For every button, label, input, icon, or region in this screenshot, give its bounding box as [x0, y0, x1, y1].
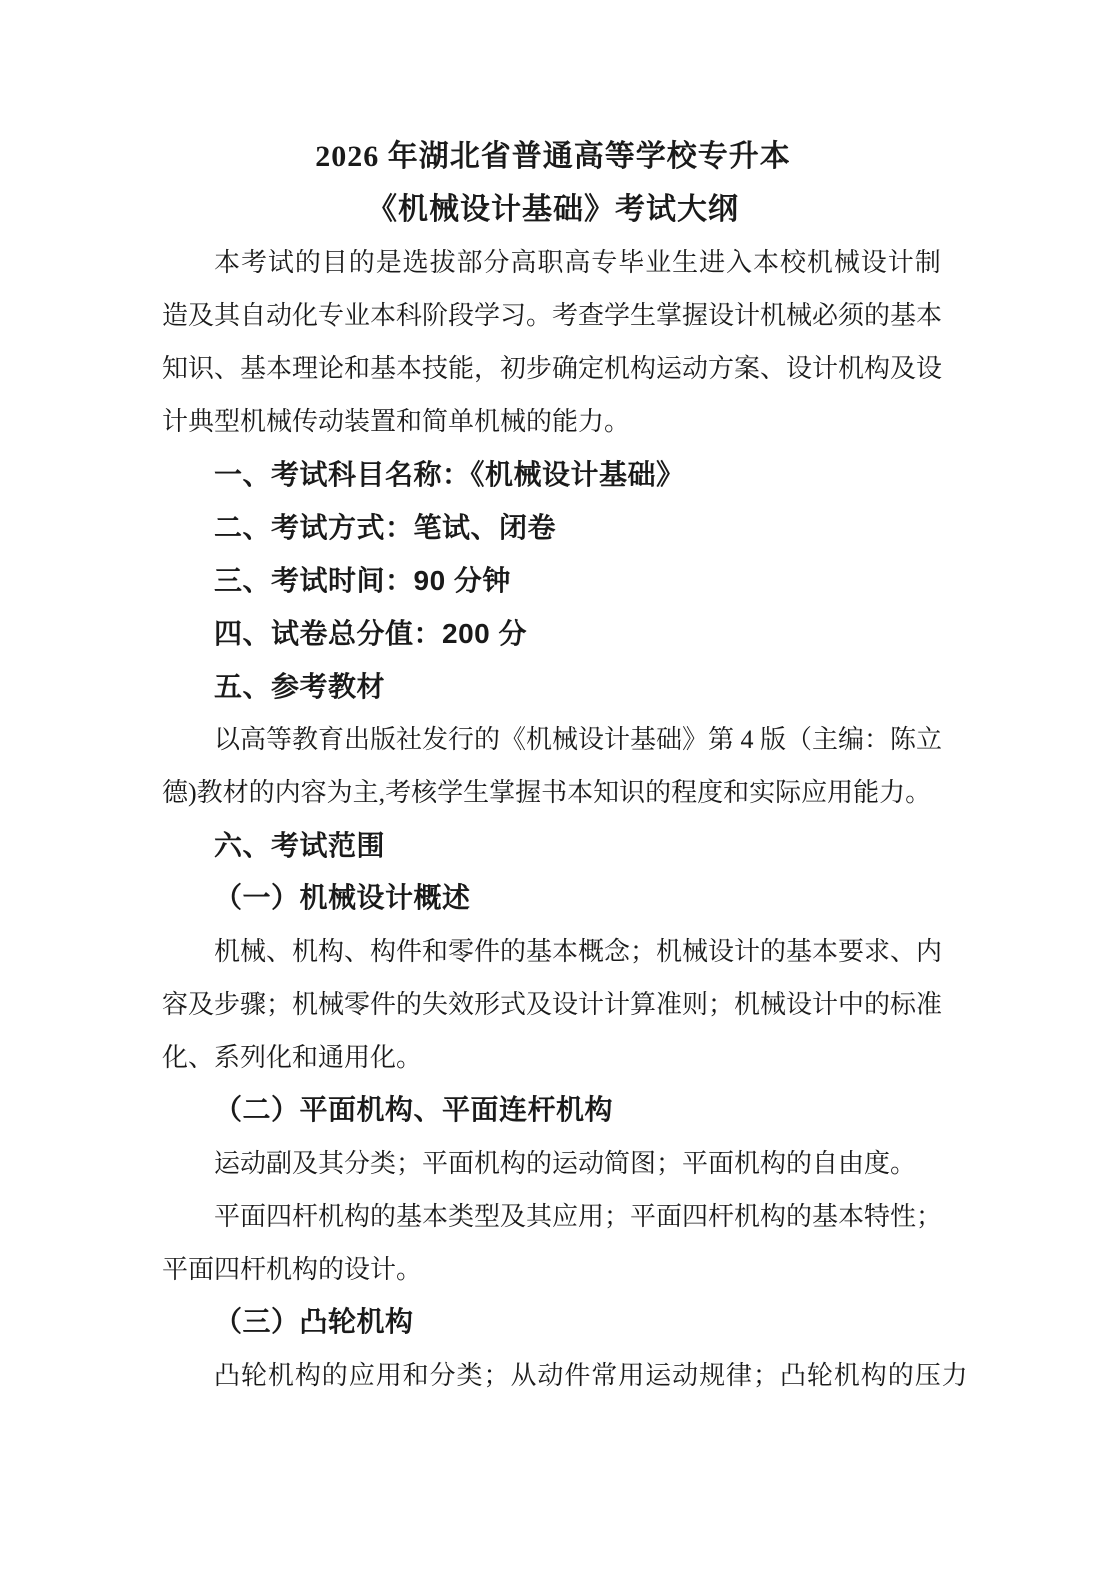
list-item-reference-book: 五、参考教材 — [162, 660, 944, 713]
intro-paragraph-line: 造及其自动化专业本科阶段学习。考查学生掌握设计机械必须的基本 — [162, 289, 944, 342]
list-item-subject-name: 一、考试科目名称：《机械设计基础》 — [162, 448, 944, 501]
reference-paragraph-line: 德)教材的内容为主,考核学生掌握书本知识的程度和实际应用能力。 — [162, 766, 944, 819]
section-1-body-line: 机械、机构、构件和零件的基本概念；机械设计的基本要求、内 — [162, 925, 944, 978]
page-title-line-1: 2026 年湖北省普通高等学校专升本 — [162, 130, 944, 183]
list-item-exam-scope: 六、考试范围 — [162, 819, 944, 872]
list-item-exam-method: 二、考试方式：笔试、闭卷 — [162, 501, 944, 554]
section-2-body-line: 平面四杆机构的基本类型及其应用；平面四杆机构的基本特性； — [162, 1190, 944, 1243]
section-heading-2: （二）平面机构、平面连杆机构 — [162, 1084, 944, 1137]
section-3-body-line: 凸轮机构的应用和分类；从动件常用运动规律；凸轮机构的压力 — [162, 1349, 944, 1402]
list-item-exam-duration: 三、考试时间：90 分钟 — [162, 554, 944, 607]
list-item-total-score: 四、试卷总分值：200 分 — [162, 607, 944, 660]
section-2-body-line: 运动副及其分类；平面机构的运动简图；平面机构的自由度。 — [162, 1137, 944, 1190]
intro-paragraph-line: 知识、基本理论和基本技能，初步确定机构运动方案、设计机构及设 — [162, 342, 944, 395]
section-1-body-line: 容及步骤；机械零件的失效形式及设计计算准则；机械设计中的标准 — [162, 978, 944, 1031]
reference-paragraph-line: 以高等教育出版社发行的《机械设计基础》第 4 版（主编：陈立 — [162, 713, 944, 766]
intro-paragraph-line: 计典型机械传动装置和简单机械的能力。 — [162, 395, 944, 448]
section-heading-1: （一）机械设计概述 — [162, 872, 944, 925]
intro-paragraph-line: 本考试的目的是选拔部分高职高专毕业生进入本校机械设计制 — [162, 236, 944, 289]
document-page: 2026 年湖北省普通高等学校专升本 《机械设计基础》考试大纲 本考试的目的是选… — [0, 0, 1104, 1578]
section-2-body-line: 平面四杆机构的设计。 — [162, 1243, 944, 1296]
section-heading-3: （三）凸轮机构 — [162, 1296, 944, 1349]
page-title-line-2: 《机械设计基础》考试大纲 — [162, 183, 944, 236]
section-1-body-line: 化、系列化和通用化。 — [162, 1031, 944, 1084]
